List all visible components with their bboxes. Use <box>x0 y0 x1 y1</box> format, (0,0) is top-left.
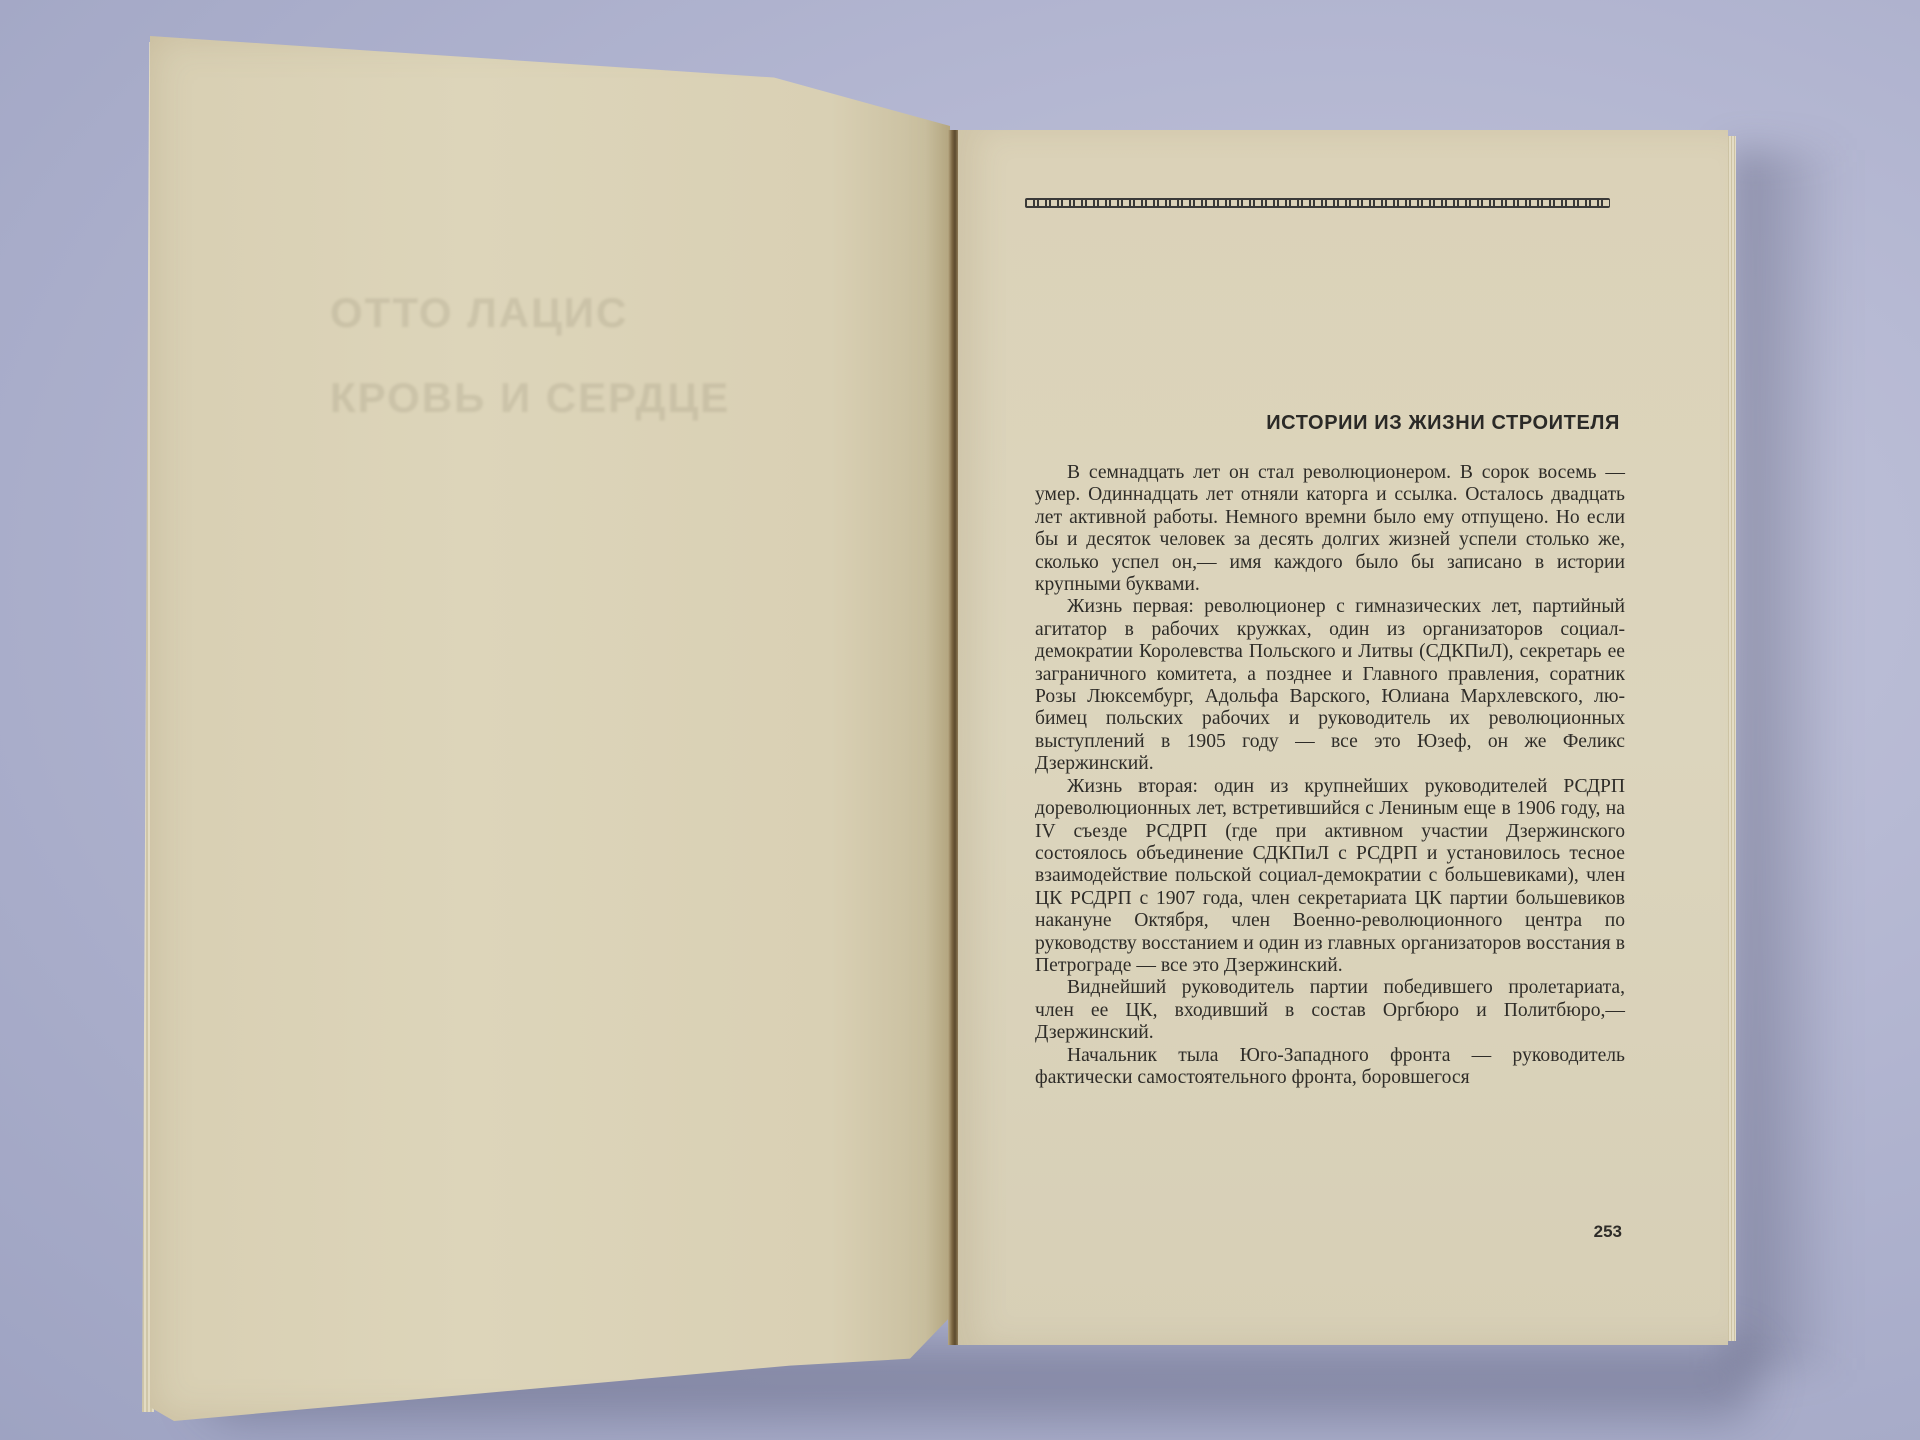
chain-ornament-rule <box>1025 198 1610 208</box>
paragraph: Жизнь вторая: один из крупнейших руковод… <box>1035 776 1625 978</box>
paragraph: Виднейший руководитель партии победившег… <box>1035 977 1625 1044</box>
body-text: В семнадцать лет он стал революционером.… <box>1035 462 1625 1089</box>
page-number: 253 <box>1560 1222 1622 1242</box>
paragraph: Начальник тыла Юго-Западного фронта — ру… <box>1035 1045 1625 1090</box>
left-page <box>150 36 950 1421</box>
bleed-through-title: КРОВЬ И СЕРДЦЕ <box>330 385 890 410</box>
paragraph: Жизнь первая: революционер с гимназическ… <box>1035 596 1625 775</box>
bleed-through-author: ОТТО ЛАЦИС <box>330 300 890 325</box>
chapter-title: ИСТОРИИ ИЗ ЖИЗНИ СТРОИТЕЛЯ <box>1035 412 1620 435</box>
paragraph: В семнадцать лет он стал революционером.… <box>1035 462 1625 596</box>
book-shadow-right <box>1730 150 1840 1370</box>
